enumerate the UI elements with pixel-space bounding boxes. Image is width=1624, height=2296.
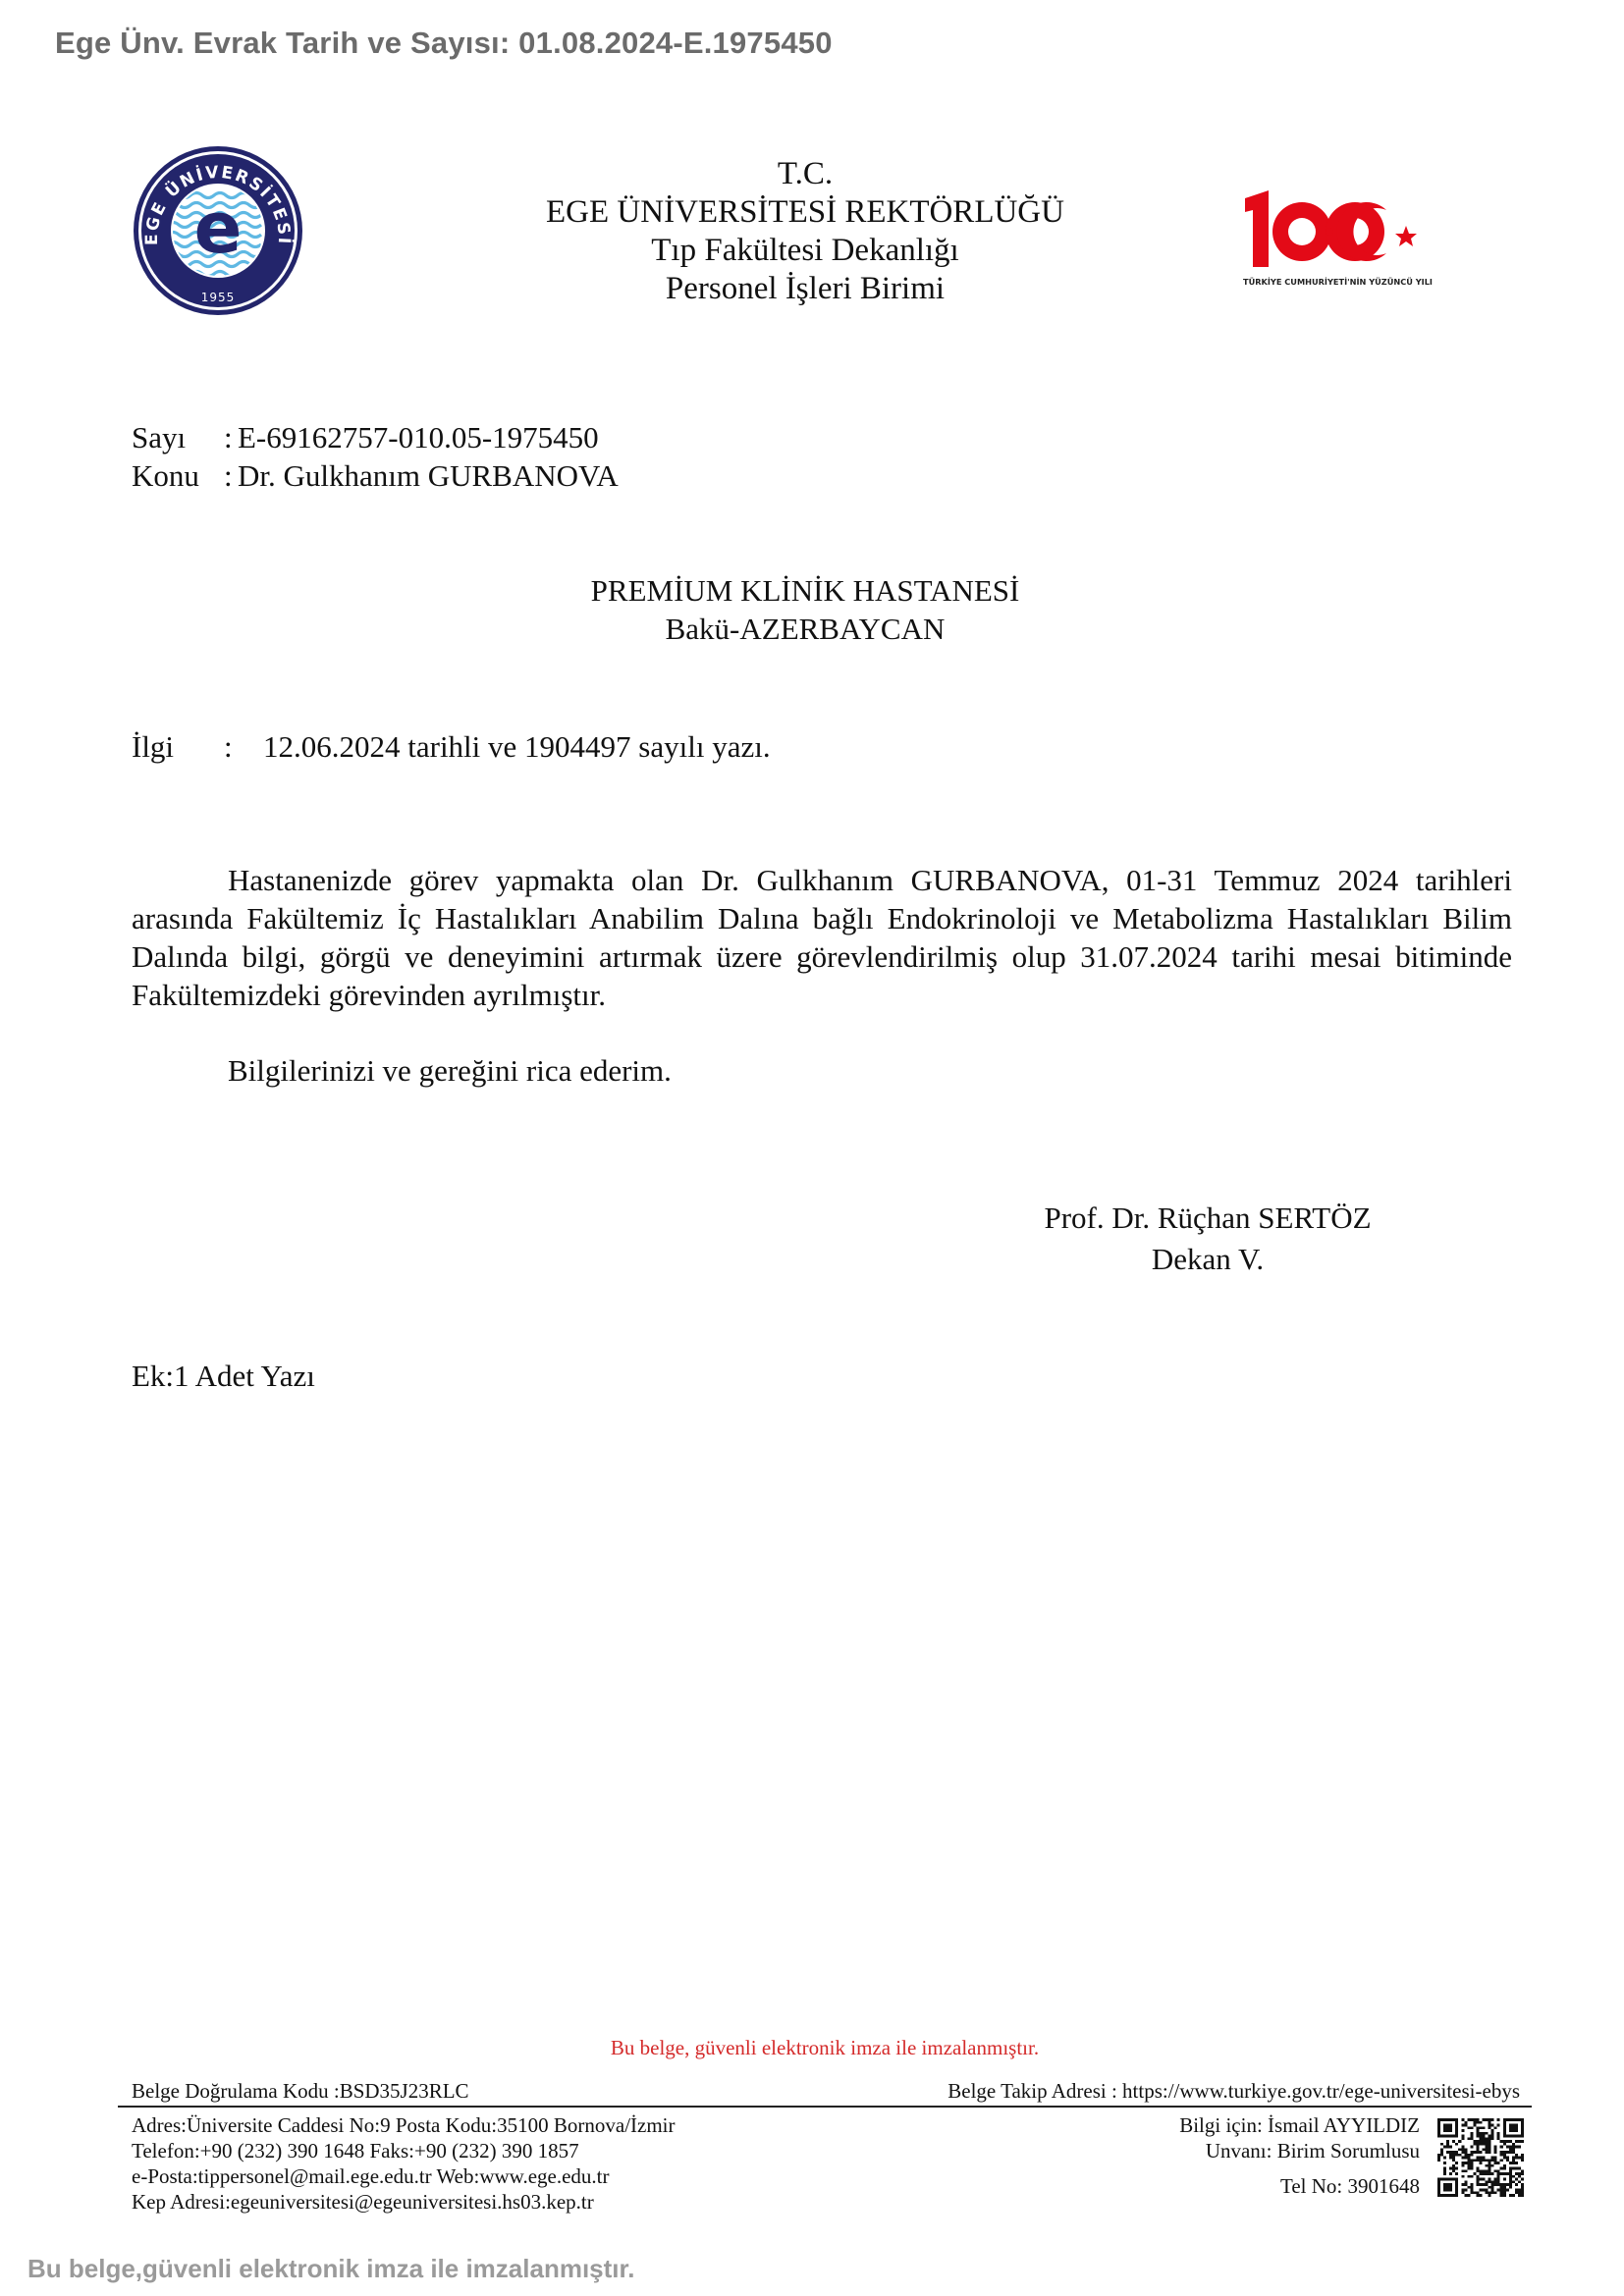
ilgi-row: İlgi : 12.06.2024 tarihli ve 1904497 say… xyxy=(132,729,771,765)
signer-name: Prof. Dr. Rüçhan SERTÖZ xyxy=(1021,1198,1394,1239)
ege-university-logo-icon: e EGE ÜNİVERSİTESİ 1955 xyxy=(132,144,304,317)
header-line-unit: Personel İşleri Birimi xyxy=(511,270,1100,308)
turkiye-100-year-logo-icon: TÜRKİYE CUMHURİYETİ'NİN YÜZÜNCÜ YILI xyxy=(1239,183,1441,291)
konu-colon: : xyxy=(224,458,238,494)
svg-text:1955: 1955 xyxy=(201,291,236,304)
sayi-value: E-69162757-010.05-1975450 xyxy=(238,420,599,455)
konu-row: Konu : Dr. Gulkhanım GURBANOVA xyxy=(132,458,619,494)
sayi-row: Sayı : E-69162757-010.05-1975450 xyxy=(132,420,599,455)
esign-stamp-bottom: Bu belge,güvenli elektronik imza ile imz… xyxy=(27,2254,634,2284)
svg-text:TÜRKİYE CUMHURİYETİ'NİN YÜZÜNC: TÜRKİYE CUMHURİYETİ'NİN YÜZÜNCÜ YILI xyxy=(1243,277,1433,287)
info-title: Unvanı: Birim Sorumlusu xyxy=(1031,2138,1420,2163)
contact-phone: Telefon:+90 (232) 390 1648 Faks:+90 (232… xyxy=(132,2138,676,2163)
contact-person: Bilgi için: İsmail AYYILDIZ Unvanı: Biri… xyxy=(1031,2112,1420,2199)
header-line-faculty: Tıp Fakültesi Dekanlığı xyxy=(511,232,1100,270)
ilgi-value: 12.06.2024 tarihli ve 1904497 sayılı yaz… xyxy=(263,729,771,765)
signature-block: Prof. Dr. Rüçhan SERTÖZ Dekan V. xyxy=(1021,1198,1394,1280)
body-paragraph: Hastanenizde görev yapmakta olan Dr. Gul… xyxy=(132,861,1512,1014)
issuer-header: T.C. EGE ÜNİVERSİTESİ REKTÖRLÜĞÜ Tıp Fak… xyxy=(511,155,1100,308)
info-person: Bilgi için: İsmail AYYILDIZ xyxy=(1031,2112,1420,2138)
verification-code: Belge Doğrulama Kodu :BSD35J23RLC xyxy=(132,2079,469,2104)
sayi-colon: : xyxy=(224,420,238,455)
header-line-tc: T.C. xyxy=(511,155,1100,193)
contact-email-web[interactable]: e-Posta:tippersonel@mail.ege.edu.tr Web:… xyxy=(132,2163,676,2189)
konu-label: Konu xyxy=(132,458,224,494)
footer-divider xyxy=(118,2106,1532,2108)
konu-value: Dr. Gulkhanım GURBANOVA xyxy=(238,458,619,494)
svg-text:e: e xyxy=(194,187,243,269)
closing-sentence: Bilgilerinizi ve gereğini rica ederim. xyxy=(228,1053,672,1089)
attachment-note: Ek:1 Adet Yazı xyxy=(132,1359,315,1394)
esign-notice: Bu belge, güvenli elektronik imza ile im… xyxy=(550,2036,1100,2060)
recipient-block: PREMİUM KLİNİK HASTANESİ Bakü-AZERBAYCAN xyxy=(511,571,1100,648)
tracking-address-link[interactable]: Belge Takip Adresi : https://www.turkiye… xyxy=(884,2079,1520,2104)
recipient-location: Bakü-AZERBAYCAN xyxy=(511,610,1100,648)
sayi-label: Sayı xyxy=(132,420,224,455)
contact-kep[interactable]: Kep Adresi:egeuniversitesi@egeuniversite… xyxy=(132,2189,676,2215)
signer-title: Dekan V. xyxy=(1021,1239,1394,1280)
info-tel: Tel No: 3901648 xyxy=(1031,2173,1420,2199)
contact-address: Adres:Üniversite Caddesi No:9 Posta Kodu… xyxy=(132,2112,676,2138)
ilgi-colon: : xyxy=(224,729,263,765)
contact-info: Adres:Üniversite Caddesi No:9 Posta Kodu… xyxy=(132,2112,676,2215)
ilgi-label: İlgi xyxy=(132,729,224,765)
header-line-university: EGE ÜNİVERSİTESİ REKTÖRLÜĞÜ xyxy=(511,193,1100,232)
document-date-number-stamp: Ege Ünv. Evrak Tarih ve Sayısı: 01.08.20… xyxy=(55,26,833,61)
recipient-name: PREMİUM KLİNİK HASTANESİ xyxy=(511,571,1100,610)
qr-code-icon xyxy=(1437,2118,1524,2197)
